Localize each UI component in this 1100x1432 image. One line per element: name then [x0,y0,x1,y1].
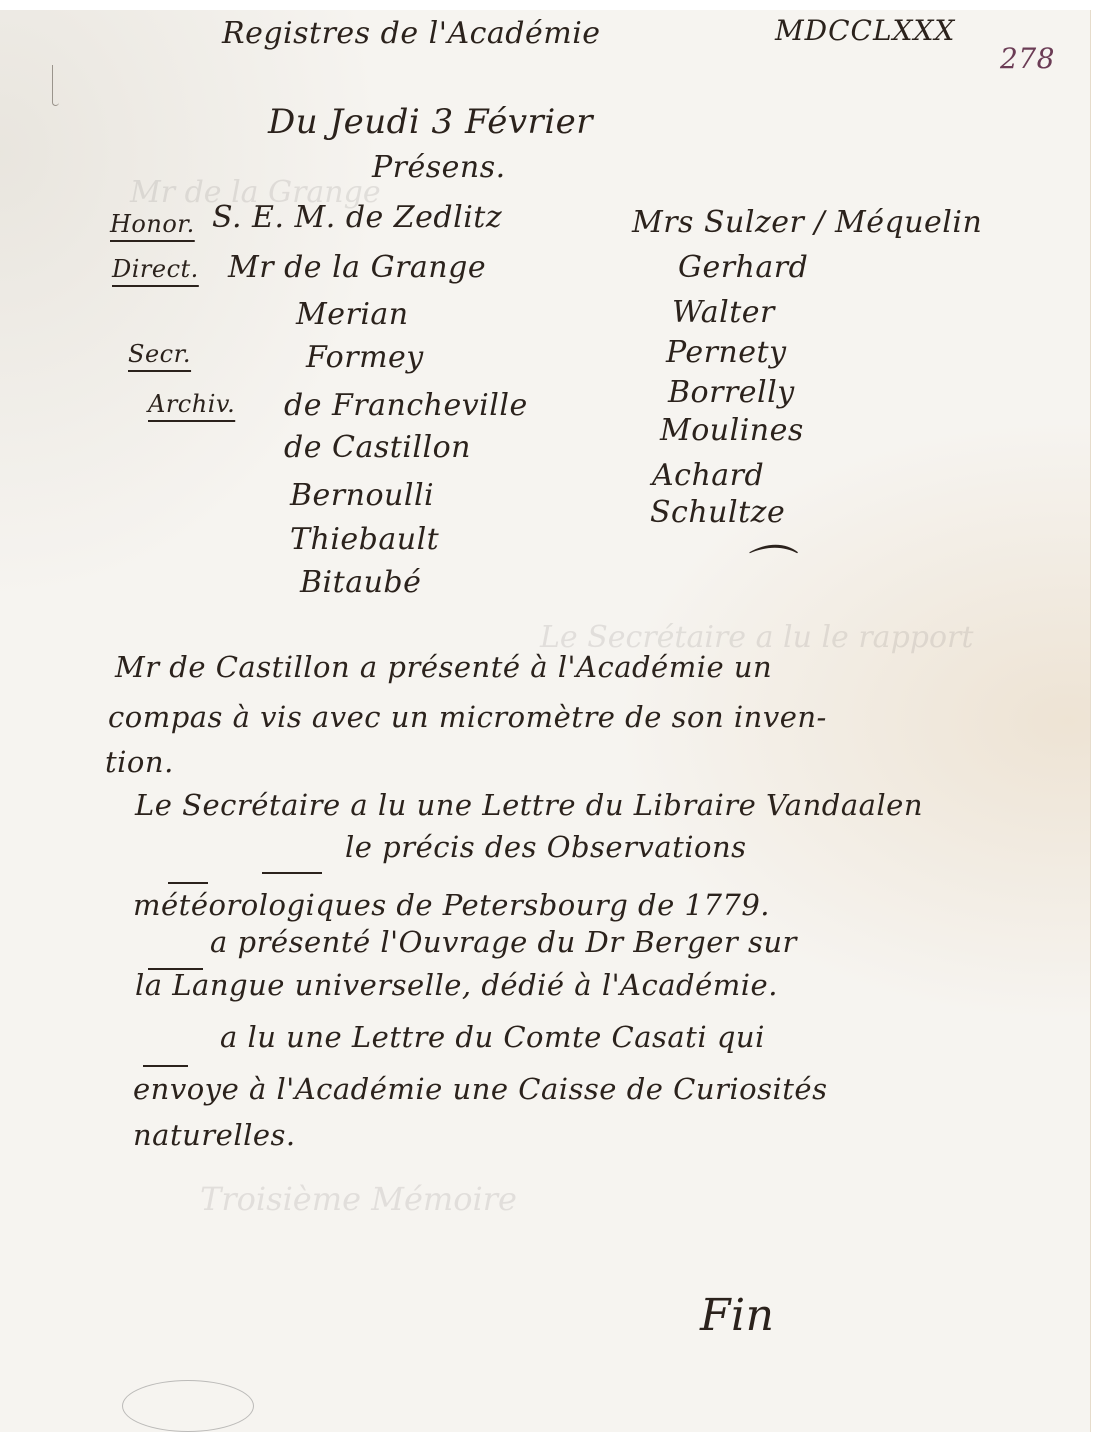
manuscript-page: Mr de la Grange Le Secrétaire a lu le ra… [0,10,1090,1432]
role-label-director: Direct. [112,255,199,283]
member-name: Borrelly [668,375,795,410]
role-label-secretary: Secr. [128,340,191,368]
folio-number: 278 [1000,42,1055,75]
register-year: MDCCLXXX [775,14,955,47]
minutes-line: Le Secrétaire a lu une Lettre du Librair… [135,788,923,822]
member-name: Merian [296,297,409,332]
minutes-line: a présenté l'Ouvrage du Dr Berger sur [210,925,797,959]
member-name: Moulines [660,413,804,448]
closing-signature: Fin [700,1290,774,1341]
member-name: Bernoulli [290,478,434,513]
margin-pencil-mark [52,65,59,106]
member-name: Achard [652,458,764,493]
member-name: Thiebault [290,522,439,557]
role-label-archivist: Archiv. [148,390,235,418]
member-name: Schultze [650,495,785,530]
minutes-line: la Langue universelle, dédié à l'Académi… [135,968,778,1002]
member-name: Pernety [666,335,787,370]
minutes-line: tion. [105,745,174,779]
member-name: Formey [306,340,424,375]
register-title: Registres de l'Académie [222,16,601,51]
minutes-line: météorologiques de Petersbourg de 1779. [133,888,770,922]
bleed-through-text: Troisième Mémoire [200,1180,517,1218]
flourish-mark: ⌒ [740,530,791,602]
member-name: Mrs Sulzer / Méquelin [632,205,982,240]
member-name: Walter [672,295,775,330]
minutes-line: a lu une Lettre du Comte Casati qui [220,1020,765,1054]
attendance-heading: Présens. [372,150,506,185]
meeting-date: Du Jeudi 3 Février [268,102,593,142]
ditto-dash [143,1065,188,1067]
member-name: Gerhard [678,250,808,285]
minutes-line: le précis des Observations [345,830,747,864]
ditto-dash [262,872,322,874]
member-name: Bitaubé [300,565,421,600]
member-name: de Castillon [284,430,471,465]
role-label-honor: Honor. [110,210,195,238]
pencil-mark [122,1380,254,1432]
member-name: Mr de la Grange [228,250,486,285]
minutes-line: envoye à l'Académie une Caisse de Curios… [133,1072,827,1106]
minutes-line: Mr de Castillon a présenté à l'Académie … [115,650,772,684]
ditto-dash [168,882,208,884]
member-name: S. E. M. de Zedlitz [212,200,502,235]
minutes-line: compas à vis avec un micromètre de son i… [108,700,827,734]
minutes-line: naturelles. [133,1118,296,1152]
member-name: de Francheville [284,388,528,423]
